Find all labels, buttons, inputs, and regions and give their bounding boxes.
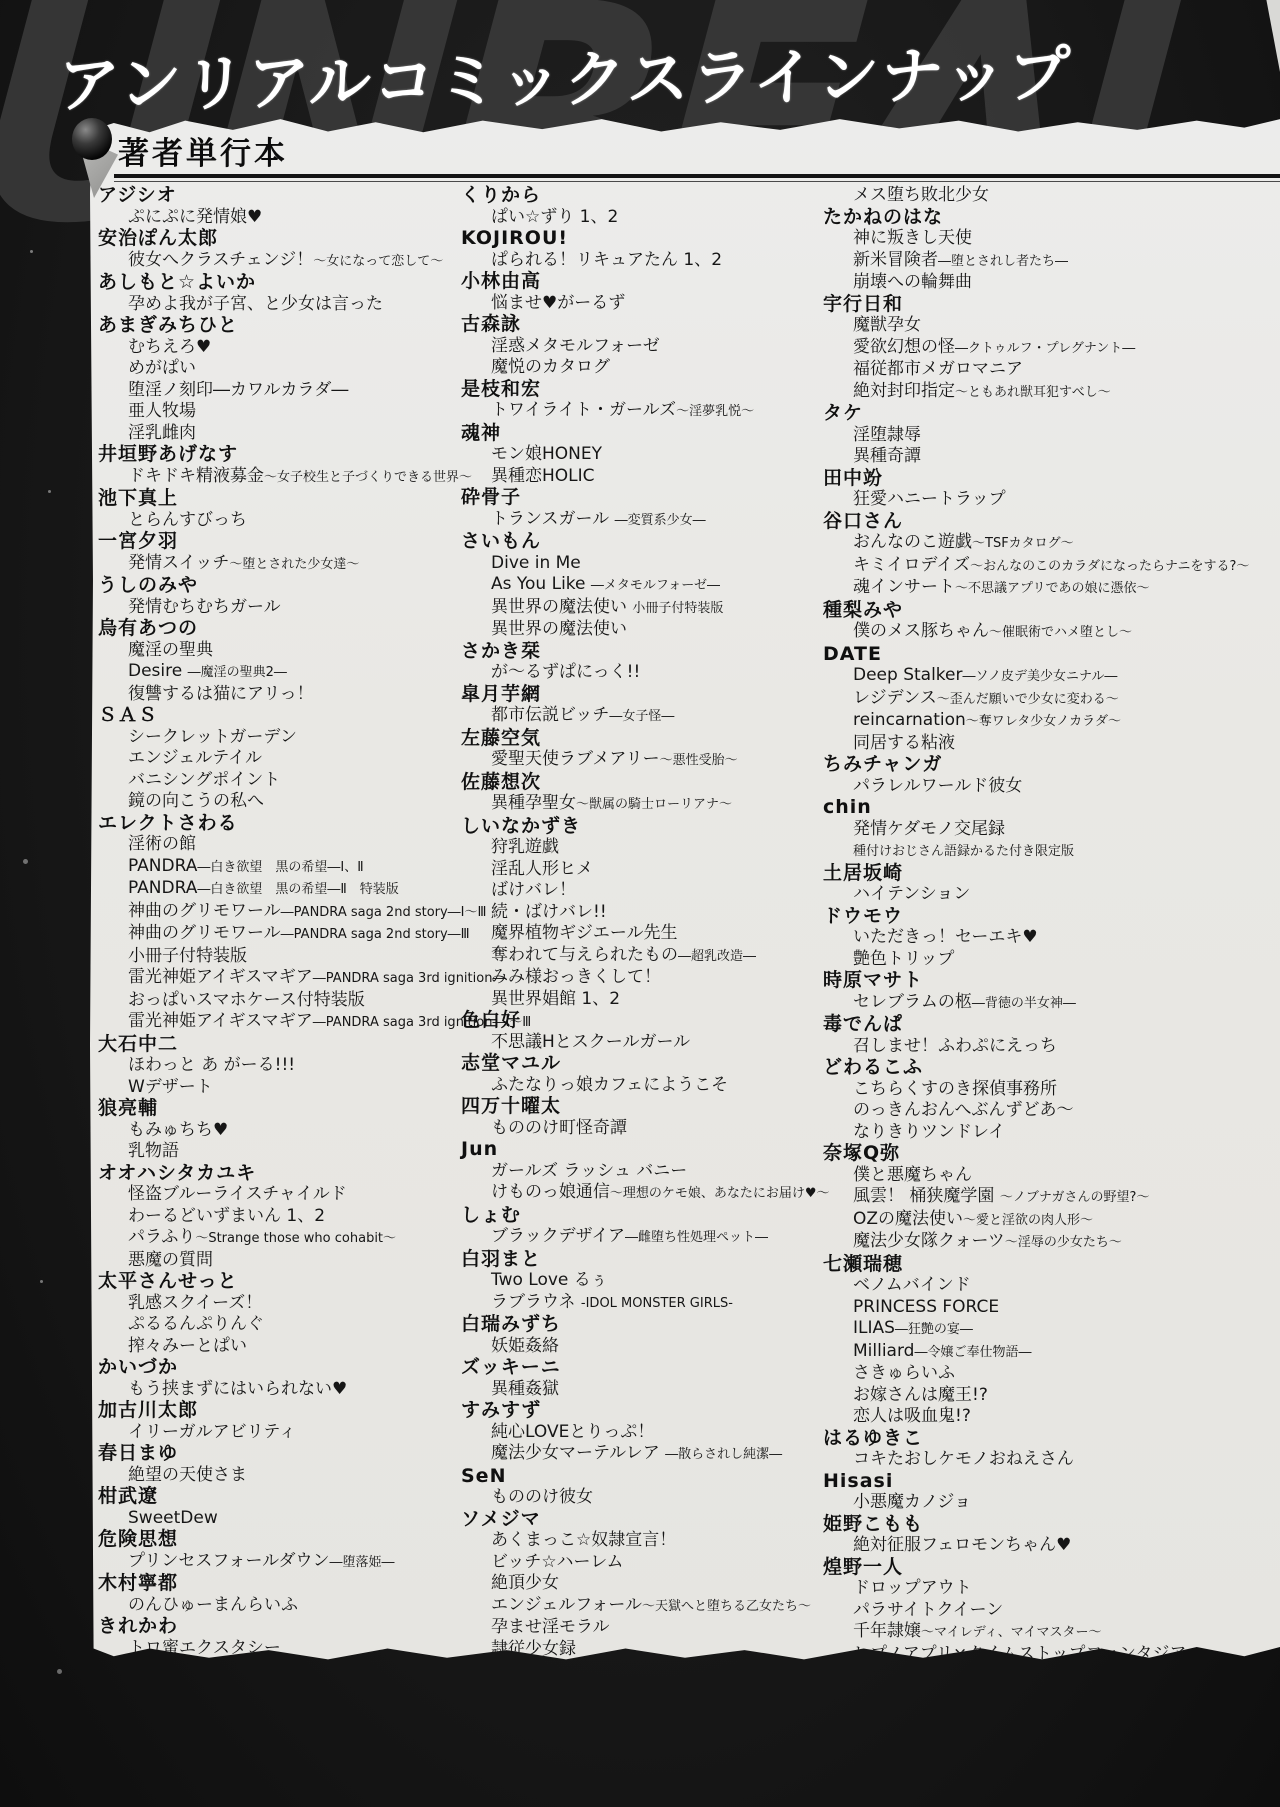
work-subtitle: ～ノブナガさんの野望?～ [1000, 1190, 1150, 1205]
work-title: 小悪魔カノジョ [823, 1492, 1273, 1514]
work-title: トワイライト・ガールズ～淫夢乳悦～ [461, 400, 823, 423]
work-title: Desire ―魔淫の聖典2― [98, 661, 460, 684]
work-title: 純心LOVEとりっぷ！ [461, 1422, 823, 1444]
work-title: 異世界の魔法使い 小冊子付特装版 [461, 597, 823, 620]
work-subtitle: ―白き欲望 黒の希望―Ⅱ 特装版 [197, 882, 398, 897]
work-title: 種付けおじさん語録かるた付き限定版 [823, 840, 1273, 863]
paper-sheet: 著者単行本 アジシオぷにぷに発情娘♥安治ぽん太郎彼女へクラスチェンジ！～女になっ… [90, 116, 1280, 1664]
author-block: 古森詠淫惑メタモルフォーゼ魔悦のカタログ [461, 314, 823, 379]
work-title: 愛欲幻想の怪―クトゥルフ・プレグナント― [823, 337, 1273, 360]
author-block: すみすず純心LOVEとりっぷ！魔法少女マーテルレア ―散らされし純潔― [461, 1400, 823, 1466]
author-name: 佐藤想次 [461, 772, 823, 794]
author-block: アジシオぷにぷに発情娘♥ [98, 185, 460, 228]
author-block: 佐藤想次異種孕聖女～獣属の騎士ローリアナ～ [461, 772, 823, 816]
work-title: 新米冒険者―堕とされし者たち― [823, 250, 1273, 273]
work-subtitle: ～天獄へと堕ちる乙女たち～ [642, 1599, 811, 1614]
author-name: うしのみや [98, 575, 460, 597]
work-title: 召しませ！ふわぷにえっち [823, 1036, 1273, 1058]
work-title: 異種孕聖女～獣属の騎士ローリアナ～ [461, 793, 823, 816]
work-subtitle: ～淫辱の少女たち～ [1005, 1235, 1122, 1250]
author-block: エレクトさわる淫術の館PANDRA―白き欲望 黒の希望―Ⅰ、ⅡPANDRA―白き… [98, 813, 460, 1034]
work-title: 雷光神姫アイギスマギア―PANDRA saga 3rd ignition― [98, 967, 460, 990]
author-name: 種梨みや [823, 600, 1273, 622]
work-title: 魔獣孕女 [823, 315, 1273, 337]
work-subtitle: ―PANDRA saga 2nd story―Ⅲ [281, 927, 470, 942]
pushpin [60, 112, 140, 202]
work-title: 魔法少女隊クォーツ～淫辱の少女たち～ [823, 1231, 1273, 1254]
work-title: レジデンス～歪んだ願いで少女に変わる～ [823, 688, 1273, 711]
work-title: あくまっこ☆奴隷宣言！ [461, 1530, 823, 1552]
author-block: 色白好不思議Hとスクールガール [461, 1010, 823, 1053]
work-title: Two Love るぅ [461, 1270, 823, 1292]
author-name: 左藤空気 [461, 728, 823, 750]
author-block: 柑武遼SweetDew [98, 1486, 460, 1529]
work-subtitle: ～愛と淫欲の肉人形～ [963, 1213, 1093, 1228]
work-title: エンジェルテイル [98, 748, 460, 770]
work-title: みみ様おっきくして！ [461, 967, 823, 989]
work-title: OZの魔法使い～愛と淫欲の肉人形～ [823, 1209, 1273, 1232]
author-block: 太平さんせっと乳感スクイーズ！ぷるるんぷりんぐ搾々みーとぱい [98, 1271, 460, 1357]
author-name: 七瀬瑞穂 [823, 1254, 1273, 1276]
author-block: 井垣野あげなすドキドキ精液募金～女子校生と子づくりできる世界～ [98, 444, 460, 488]
author-block: 春日まゆ絶望の天使さま [98, 1443, 460, 1486]
author-name: ソメジマ [461, 1509, 823, 1531]
work-title: イリーガルアビリティ [98, 1422, 460, 1444]
work-subtitle: ―PANDRA saga 2nd story―Ⅰ～Ⅲ [281, 905, 487, 920]
author-block: Hisasi小悪魔カノジョ [823, 1471, 1273, 1514]
work-title: おんなのこ遊戯～TSFカタログ～ [823, 532, 1273, 555]
author-block: 一宮夕羽発情スイッチ～堕とされた少女達～ [98, 531, 460, 575]
work-subtitle: ―超乳改造― [678, 949, 756, 964]
work-subtitle: ―背徳の半女神― [972, 996, 1076, 1011]
work-subtitle: ～Strange those who cohabit～ [195, 1231, 396, 1246]
work-title: プリンセスフォールダウン―堕落姫― [98, 1551, 460, 1574]
section-underline [114, 174, 1280, 182]
author-name: 柑武遼 [98, 1486, 460, 1508]
work-title: 発情ケダモノ交尾録 [823, 819, 1273, 841]
author-block: しいなかずき狩乳遊戯淫乱人形ヒメばけバレ！続・ばけバレ!!魔界植物ギジエール先生… [461, 816, 823, 1011]
author-block: かいづかもう挟まずにはいられない♥ [98, 1357, 460, 1400]
author-block: はるゆきこコキたおしケモノおねえさん [823, 1428, 1273, 1471]
author-name: 一宮夕羽 [98, 531, 460, 553]
author-name: かいづか [98, 1357, 460, 1379]
author-name: エレクトさわる [98, 813, 460, 835]
work-title: 異種恋HOLIC [461, 466, 823, 488]
author-block: 時原マサトセレブラムの柩―背徳の半女神― [823, 970, 1273, 1014]
work-title: 魂インサート～不思議アプリであの娘に憑依～ [823, 577, 1273, 600]
author-name: 奈塚Q弥 [823, 1143, 1273, 1165]
work-title: 孕めよ我が子宮、と少女は言った [98, 294, 460, 316]
work-title: ベノムバインド [823, 1275, 1273, 1297]
author-block: うしのみや発情むちむちガール [98, 575, 460, 618]
work-title: もののけ町怪奇譚 [461, 1118, 823, 1140]
author-block: オオハシタカユキ怪盗ブルーライスチャイルドわーるどいずまいん 1、2パラふり～S… [98, 1163, 460, 1272]
author-name: ちみチャンガ [823, 754, 1273, 776]
work-title: メス堕ち敗北少女 [823, 185, 1273, 207]
column-2: くりからぱい☆ずり 1、2KOJIROU!ぱられる！リキュアたん 1、2小林由高… [461, 185, 823, 1660]
work-title: パラレルワールド彼女 [823, 776, 1273, 798]
author-name: ＳＡＳ [98, 705, 460, 727]
work-subtitle: ～悪性受胎～ [660, 753, 738, 768]
author-name: 砕骨子 [461, 487, 823, 509]
work-title: 絶頂少女 [461, 1573, 823, 1595]
work-title: けものっ娘通信～理想のケモ娘、あなたにお届け♥～ [461, 1182, 823, 1205]
work-title: ガールズ ラッシュ バニー [461, 1161, 823, 1183]
work-title: 悩ませ♥がーるず [461, 293, 823, 315]
author-block: 姫野こもも絶対征服フェロモンちゃん♥ [823, 1514, 1273, 1557]
author-block: 宇行日和魔獣孕女愛欲幻想の怪―クトゥルフ・プレグナント―福従都市メガロマニア絶対… [823, 294, 1273, 404]
author-block: どわるこふこちらくすのき探偵事務所のっきんおんへぶんずどあ～なりきりツンドレイ [823, 1057, 1273, 1143]
author-block: 皐月芋網都市伝説ビッチ―女子怪― [461, 684, 823, 728]
author-block: 毒でんぱ召しませ！ふわぷにえっち [823, 1014, 1273, 1057]
author-name: SeN [461, 1466, 823, 1488]
work-title: 孕ませ淫モラル [461, 1617, 823, 1639]
author-block: 加古川太郎イリーガルアビリティ [98, 1400, 460, 1443]
author-name: 春日まゆ [98, 1443, 460, 1465]
work-title: が～るずぱにっく!! [461, 662, 823, 684]
work-subtitle: ～獣属の騎士ローリアナ～ [576, 797, 732, 812]
author-block: ソメジマあくまっこ☆奴隷宣言！ビッチ☆ハーレム絶頂少女エンジェルフォール～天獄へ… [461, 1509, 823, 1661]
work-title: パラふり～Strange those who cohabit～ [98, 1227, 460, 1250]
author-block: Junガールズ ラッシュ バニーけものっ娘通信～理想のケモ娘、あなたにお届け♥～ [461, 1139, 823, 1205]
author-block: 種梨みや僕のメス豚ちゃん～催眠術でハメ堕とし～ [823, 600, 1273, 644]
work-title: 風雲！ 桶狭魔学園 ～ノブナガさんの野望?～ [823, 1186, 1273, 1209]
pushpin-ball-icon [72, 118, 112, 160]
work-title: 淫術の館 [98, 834, 460, 856]
work-title: エンジェルフォール～天獄へと堕ちる乙女たち～ [461, 1595, 823, 1618]
work-subtitle: 小冊子付特装版 [632, 601, 723, 616]
author-name: KOJIROU! [461, 228, 823, 250]
author-block: タケ淫堕隷辱異種奇譚 [823, 403, 1273, 468]
work-title: 僕のメス豚ちゃん～催眠術でハメ堕とし～ [823, 621, 1273, 644]
author-block: あしもと☆よいか孕めよ我が子宮、と少女は言った [98, 272, 460, 315]
author-name: 姫野こもも [823, 1514, 1273, 1536]
work-subtitle: ～不思議アプリであの娘に憑依～ [955, 581, 1149, 596]
work-subtitle: ～女子校生と子づくりできる世界～ [264, 470, 472, 485]
author-name: 池下真上 [98, 488, 460, 510]
work-subtitle: ～堕とされた少女達～ [229, 557, 359, 572]
work-subtitle: -IDOL MONSTER GIRLS- [581, 1296, 733, 1311]
work-subtitle: ～催眠術でハメ堕とし～ [989, 625, 1132, 640]
work-title: 神曲のグリモワール―PANDRA saga 2nd story―Ⅰ～Ⅲ [98, 901, 460, 924]
author-block: くりからぱい☆ずり 1、2 [461, 185, 823, 228]
work-subtitle: ―白き欲望 黒の希望―Ⅰ、Ⅱ [197, 860, 363, 875]
author-name: 太平さんせっと [98, 1271, 460, 1293]
author-block: SeNもののけ彼女 [461, 1466, 823, 1509]
work-subtitle: ―女子怪― [609, 709, 674, 724]
author-name: さいもん [461, 531, 823, 553]
work-title: 僕と悪魔ちゃん [823, 1165, 1273, 1187]
work-title: 異世界の魔法使い [461, 619, 823, 641]
author-name: たかねのはな [823, 207, 1273, 229]
work-title: 乳感スクイーズ！ [98, 1293, 460, 1315]
work-title: 千年隷嬢～マイレディ、マイマスター～ [823, 1621, 1273, 1644]
work-subtitle: ―堕落姫― [329, 1555, 394, 1570]
work-title: 堕淫ノ刻印―カワルカラダ― [98, 380, 460, 402]
work-title: こちらくすのき探偵事務所 [823, 1079, 1273, 1101]
author-name: 時原マサト [823, 970, 1273, 992]
work-title: トロ蜜エクスタシー [98, 1638, 460, 1660]
work-title: 恋人は吸血鬼!? [823, 1406, 1273, 1428]
author-block: 木村寧都のんひゅーまんらいふ [98, 1573, 460, 1616]
work-subtitle: ～おんなのこのカラダになったらナニをする?～ [970, 559, 1249, 574]
work-title: Milliard―令嬢ご奉仕物語― [823, 1341, 1273, 1364]
work-title: 淫堕隷辱 [823, 425, 1273, 447]
work-title: 不思議Hとスクールガール [461, 1032, 823, 1054]
work-title: Deep Stalker―ソノ皮デ美少女ニナル― [823, 665, 1273, 688]
author-name: 大石中二 [98, 1034, 460, 1056]
author-name: 加古川太郎 [98, 1400, 460, 1422]
work-title: 福従都市メガロマニア [823, 359, 1273, 381]
work-title: ヒプノアプリ×タイムストップファンタジア [823, 1644, 1273, 1666]
author-block: chin発情ケダモノ交尾録種付けおじさん語録かるた付き限定版 [823, 797, 1273, 863]
lineup-columns: アジシオぷにぷに発情娘♥安治ぽん太郎彼女へクラスチェンジ！～女になって恋して～あ… [90, 185, 1280, 1664]
work-title: のんひゅーまんらいふ [98, 1595, 460, 1617]
work-title: 悪魔の質問 [98, 1250, 460, 1272]
work-title: 淫乳雌肉 [98, 423, 460, 445]
author-name: タケ [823, 403, 1273, 425]
author-name: どわるこふ [823, 1057, 1273, 1079]
work-title: 搾々みーとぱい [98, 1336, 460, 1358]
work-title: わーるどいずまいん 1、2 [98, 1206, 460, 1228]
author-name: あまぎみちひと [98, 315, 460, 337]
work-title: Wデザート [98, 1077, 460, 1099]
work-title: 魔界植物ギジエール先生 [461, 923, 823, 945]
work-title: モン娘HONEY [461, 444, 823, 466]
work-title: めがぱい [98, 358, 460, 380]
work-title: ぱられる！リキュアたん 1、2 [461, 250, 823, 272]
work-title: PANDRA―白き欲望 黒の希望―Ⅱ 特装版 [98, 878, 460, 901]
work-title: Dive in Me [461, 553, 823, 575]
author-name: 土居坂崎 [823, 863, 1273, 885]
author-name: Hisasi [823, 1471, 1273, 1493]
work-title: ラブラウネ -IDOL MONSTER GIRLS- [461, 1292, 823, 1315]
work-title: 亜人牧場 [98, 401, 460, 423]
work-title: パラサイトクイーン [823, 1600, 1273, 1622]
author-block: たかねのはな神に叛きし天使新米冒険者―堕とされし者たち―崩壊への輪舞曲 [823, 207, 1273, 294]
work-title: 乳物語 [98, 1141, 460, 1163]
work-title: 魔淫の聖典 [98, 640, 460, 662]
work-title: セレブラムの柩―背徳の半女神― [823, 992, 1273, 1015]
work-title: コキたおしケモノおねえさん [823, 1449, 1273, 1471]
work-title: 絶対封印指定～ともあれ獣耳犯すべし～ [823, 381, 1273, 404]
work-title: 発情スイッチ～堕とされた少女達～ [98, 553, 460, 576]
work-title: 小冊子付特装版 [98, 946, 460, 968]
work-subtitle: ～歪んだ願いで少女に変わる～ [937, 692, 1119, 707]
author-name: ドウモウ [823, 906, 1273, 928]
author-block: 志堂マユルふたなりっ娘カフェにようこそ [461, 1053, 823, 1096]
author-name: しいなかずき [461, 816, 823, 838]
work-title: ふたなりっ娘カフェにようこそ [461, 1075, 823, 1097]
author-block: 四万十曜太もののけ町怪奇譚 [461, 1096, 823, 1139]
author-name: きれかわ [98, 1616, 460, 1638]
work-subtitle: ～女になって恋して～ [313, 254, 443, 269]
author-block: 白瑞みずち妖姫姦絡 [461, 1314, 823, 1357]
author-name: 宇行日和 [823, 294, 1273, 316]
work-title: ぱい☆ずり 1、2 [461, 207, 823, 229]
work-title: 同居する粘液 [823, 733, 1273, 755]
author-name: アジシオ [98, 185, 460, 207]
author-block: 魂神モン娘HONEY異種恋HOLIC [461, 423, 823, 488]
column-3: メス堕ち敗北少女たかねのはな神に叛きし天使新米冒険者―堕とされし者たち―崩壊への… [823, 185, 1273, 1665]
work-subtitle: ～マイレディ、マイマスター～ [921, 1625, 1101, 1640]
author-block: 土居坂崎ハイテンション [823, 863, 1273, 906]
author-name: 田中竕 [823, 468, 1273, 490]
work-title: もう挟まずにはいられない♥ [98, 1379, 460, 1401]
work-title: のっきんおんへぶんずどあ～ [823, 1100, 1273, 1122]
work-title: 神に叛きし天使 [823, 228, 1273, 250]
author-block: きれかわトロ蜜エクスタシー [98, 1616, 460, 1659]
work-title: 淫惑メタモルフォーゼ [461, 336, 823, 358]
work-subtitle: ―堕とされし者たち― [938, 254, 1068, 269]
author-name: くりから [461, 185, 823, 207]
author-block: ちみチャンガパラレルワールド彼女 [823, 754, 1273, 797]
author-block: 池下真上とらんすびっち [98, 488, 460, 531]
author-block: 安治ぽん太郎彼女へクラスチェンジ！～女になって恋して～ [98, 228, 460, 272]
author-block: さかき栞が～るずぱにっく!! [461, 641, 823, 684]
work-title: 隷従少女録 [461, 1639, 823, 1661]
author-block: KOJIROU!ぱられる！リキュアたん 1、2 [461, 228, 823, 271]
work-title: バニシングポイント [98, 770, 460, 792]
work-title: 魔法少女マーテルレア ―散らされし純潔― [461, 1443, 823, 1466]
work-subtitle: 種付けおじさん語録かるた付き限定版 [853, 844, 1074, 859]
work-title: もののけ彼女 [461, 1487, 823, 1509]
work-subtitle: ―ソノ皮デ美少女ニナル― [963, 669, 1118, 684]
work-title: PRINCESS FORCE [823, 1297, 1273, 1319]
work-title: おっぱいスマホケース付特装版 [98, 990, 460, 1012]
work-subtitle: ―魔淫の聖典2― [188, 665, 287, 680]
author-name: chin [823, 797, 1273, 819]
work-subtitle: ―令嬢ご奉仕物語― [914, 1345, 1031, 1360]
work-title: トランスガール ―変質系少女― [461, 509, 823, 532]
author-name: オオハシタカユキ [98, 1163, 460, 1185]
author-name: 志堂マユル [461, 1053, 823, 1075]
work-title: お嫁さんは魔王!? [823, 1385, 1273, 1407]
work-title: さきゅらいふ [823, 1363, 1273, 1385]
author-name: 毒でんぱ [823, 1014, 1273, 1036]
work-subtitle: ～淫夢乳悦～ [676, 404, 754, 419]
work-title: 愛聖天使ラブメアリー～悪性受胎～ [461, 749, 823, 772]
author-name: 井垣野あげなす [98, 444, 460, 466]
author-name: 谷口さん [823, 511, 1273, 533]
author-name: はるゆきこ [823, 1428, 1273, 1450]
page-root: UNREAL COM アンリアルコミックスラインナップ 著者単行本 アジシオぷに… [0, 0, 1280, 1807]
author-name: 烏有あつの [98, 618, 460, 640]
author-block: メス堕ち敗北少女 [823, 185, 1273, 207]
author-block: 小林由高悩ませ♥がーるず [461, 271, 823, 314]
page-title: アンリアルコミックスラインナップ [57, 25, 1073, 125]
work-title: 異種姦獄 [461, 1379, 823, 1401]
author-block: 谷口さんおんなのこ遊戯～TSFカタログ～キミイロデイズ～おんなのこのカラダになっ… [823, 511, 1273, 600]
work-title: ILIAS―狂艶の宴― [823, 1318, 1273, 1341]
author-name: 小林由高 [461, 271, 823, 293]
author-block: 白羽まとTwo Love るぅラブラウネ -IDOL MONSTER GIRLS… [461, 1249, 823, 1315]
author-name: DATE [823, 644, 1273, 666]
author-name: Jun [461, 1139, 823, 1161]
work-subtitle: ～奪ワレタ少女ノカラダ～ [966, 714, 1121, 729]
work-title: 鏡の向こうの私へ [98, 791, 460, 813]
work-title: 妖姫姦絡 [461, 1336, 823, 1358]
work-title: As You Like ―メタモルフォーゼ― [461, 574, 823, 597]
author-name: 白羽まと [461, 1249, 823, 1271]
work-title: なりきりツンドレイ [823, 1122, 1273, 1144]
work-title: 狂愛ハニートラップ [823, 489, 1273, 511]
work-title: 淫乱人形ヒメ [461, 859, 823, 881]
work-subtitle: ～理想のケモ娘、あなたにお届け♥～ [610, 1186, 830, 1201]
author-name: 古森詠 [461, 314, 823, 336]
author-block: DATEDeep Stalker―ソノ皮デ美少女ニナル―レジデンス～歪んだ願いで… [823, 644, 1273, 755]
author-block: 奈塚Q弥僕と悪魔ちゃん風雲！ 桶狭魔学園 ～ノブナガさんの野望?～OZの魔法使い… [823, 1143, 1273, 1254]
work-title: SweetDew [98, 1508, 460, 1530]
work-title: 異種奇譚 [823, 446, 1273, 468]
author-name: 安治ぽん太郎 [98, 228, 460, 250]
column-1: アジシオぷにぷに発情娘♥安治ぽん太郎彼女へクラスチェンジ！～女になって恋して～あ… [98, 185, 460, 1659]
work-title: 復讐するは猫にアリっ！ [98, 684, 460, 706]
author-block: 是枝和宏トワイライト・ガールズ～淫夢乳悦～ [461, 379, 823, 423]
work-subtitle: ―変質系少女― [615, 513, 706, 528]
work-title: 魔悦のカタログ [461, 357, 823, 379]
work-title: 異世界娼館 1、2 [461, 989, 823, 1011]
author-name: 魂神 [461, 423, 823, 445]
author-name: 白瑞みずち [461, 1314, 823, 1336]
author-name: 木村寧都 [98, 1573, 460, 1595]
author-name: さかき栞 [461, 641, 823, 663]
author-name: 危険思想 [98, 1529, 460, 1551]
author-block: 左藤空気愛聖天使ラブメアリー～悪性受胎～ [461, 728, 823, 772]
author-name: しょむ [461, 1205, 823, 1227]
work-subtitle: ―メタモルフォーゼ― [591, 578, 720, 593]
author-block: 七瀬瑞穂ベノムバインドPRINCESS FORCEILIAS―狂艶の宴―Mill… [823, 1254, 1273, 1428]
author-block: 烏有あつの魔淫の聖典Desire ―魔淫の聖典2―復讐するは猫にアリっ！ [98, 618, 460, 705]
work-title: 奪われて与えられたもの―超乳改造― [461, 945, 823, 968]
work-title: 神曲のグリモワール―PANDRA saga 2nd story―Ⅲ [98, 923, 460, 946]
work-title: ドロップアウト [823, 1578, 1273, 1600]
author-block: さいもんDive in MeAs You Like ―メタモルフォーゼ―異世界の… [461, 531, 823, 641]
work-title: reincarnation～奪ワレタ少女ノカラダ～ [823, 710, 1273, 733]
work-title: 発情むちむちガール [98, 597, 460, 619]
author-name: 是枝和宏 [461, 379, 823, 401]
author-name: 色白好 [461, 1010, 823, 1032]
author-block: ドウモウいただきっ！セーエキ♥艶色トリップ [823, 906, 1273, 971]
work-title: 崩壊への輪舞曲 [823, 272, 1273, 294]
work-title: ぷるるんぷりんぐ [98, 1314, 460, 1336]
author-name: 四万十曜太 [461, 1096, 823, 1118]
work-title: ビッチ☆ハーレム [461, 1552, 823, 1574]
work-title: ドキドキ精液募金～女子校生と子づくりできる世界～ [98, 466, 460, 489]
author-name: あしもと☆よいか [98, 272, 460, 294]
author-name: すみすず [461, 1400, 823, 1422]
work-title: 都市伝説ビッチ―女子怪― [461, 705, 823, 728]
work-subtitle: ―クトゥルフ・プレグナント― [955, 341, 1135, 356]
author-block: しょむブラックデザイア―雌堕ち性処理ペット― [461, 1205, 823, 1249]
work-subtitle: ―雌堕ち性処理ペット― [625, 1230, 768, 1245]
author-block: 大石中二ほわっと あ がーる!!!Wデザート [98, 1034, 460, 1099]
work-title: 艶色トリップ [823, 949, 1273, 971]
work-title: シークレットガーデン [98, 727, 460, 749]
work-title: 絶望の天使さま [98, 1465, 460, 1487]
work-title: 彼女へクラスチェンジ！～女になって恋して～ [98, 250, 460, 273]
author-name: 煌野一人 [823, 1557, 1273, 1579]
author-block: 狼亮輔もみゅちち♥乳物語 [98, 1098, 460, 1163]
work-title: 雷光神姫アイギスマギア―PANDRA saga 3rd ignition―Ⅰ～Ⅲ [98, 1011, 460, 1034]
author-block: 煌野一人ドロップアウトパラサイトクイーン千年隷嬢～マイレディ、マイマスター～ヒプ… [823, 1557, 1273, 1666]
author-name: 皐月芋網 [461, 684, 823, 706]
author-block: 危険思想プリンセスフォールダウン―堕落姫― [98, 1529, 460, 1573]
author-block: ズッキーニ異種姦獄 [461, 1357, 823, 1400]
work-title: ぷにぷに発情娘♥ [98, 207, 460, 229]
work-title: とらんすびっち [98, 510, 460, 532]
work-title: PANDRA―白き欲望 黒の希望―Ⅰ、Ⅱ [98, 856, 460, 879]
